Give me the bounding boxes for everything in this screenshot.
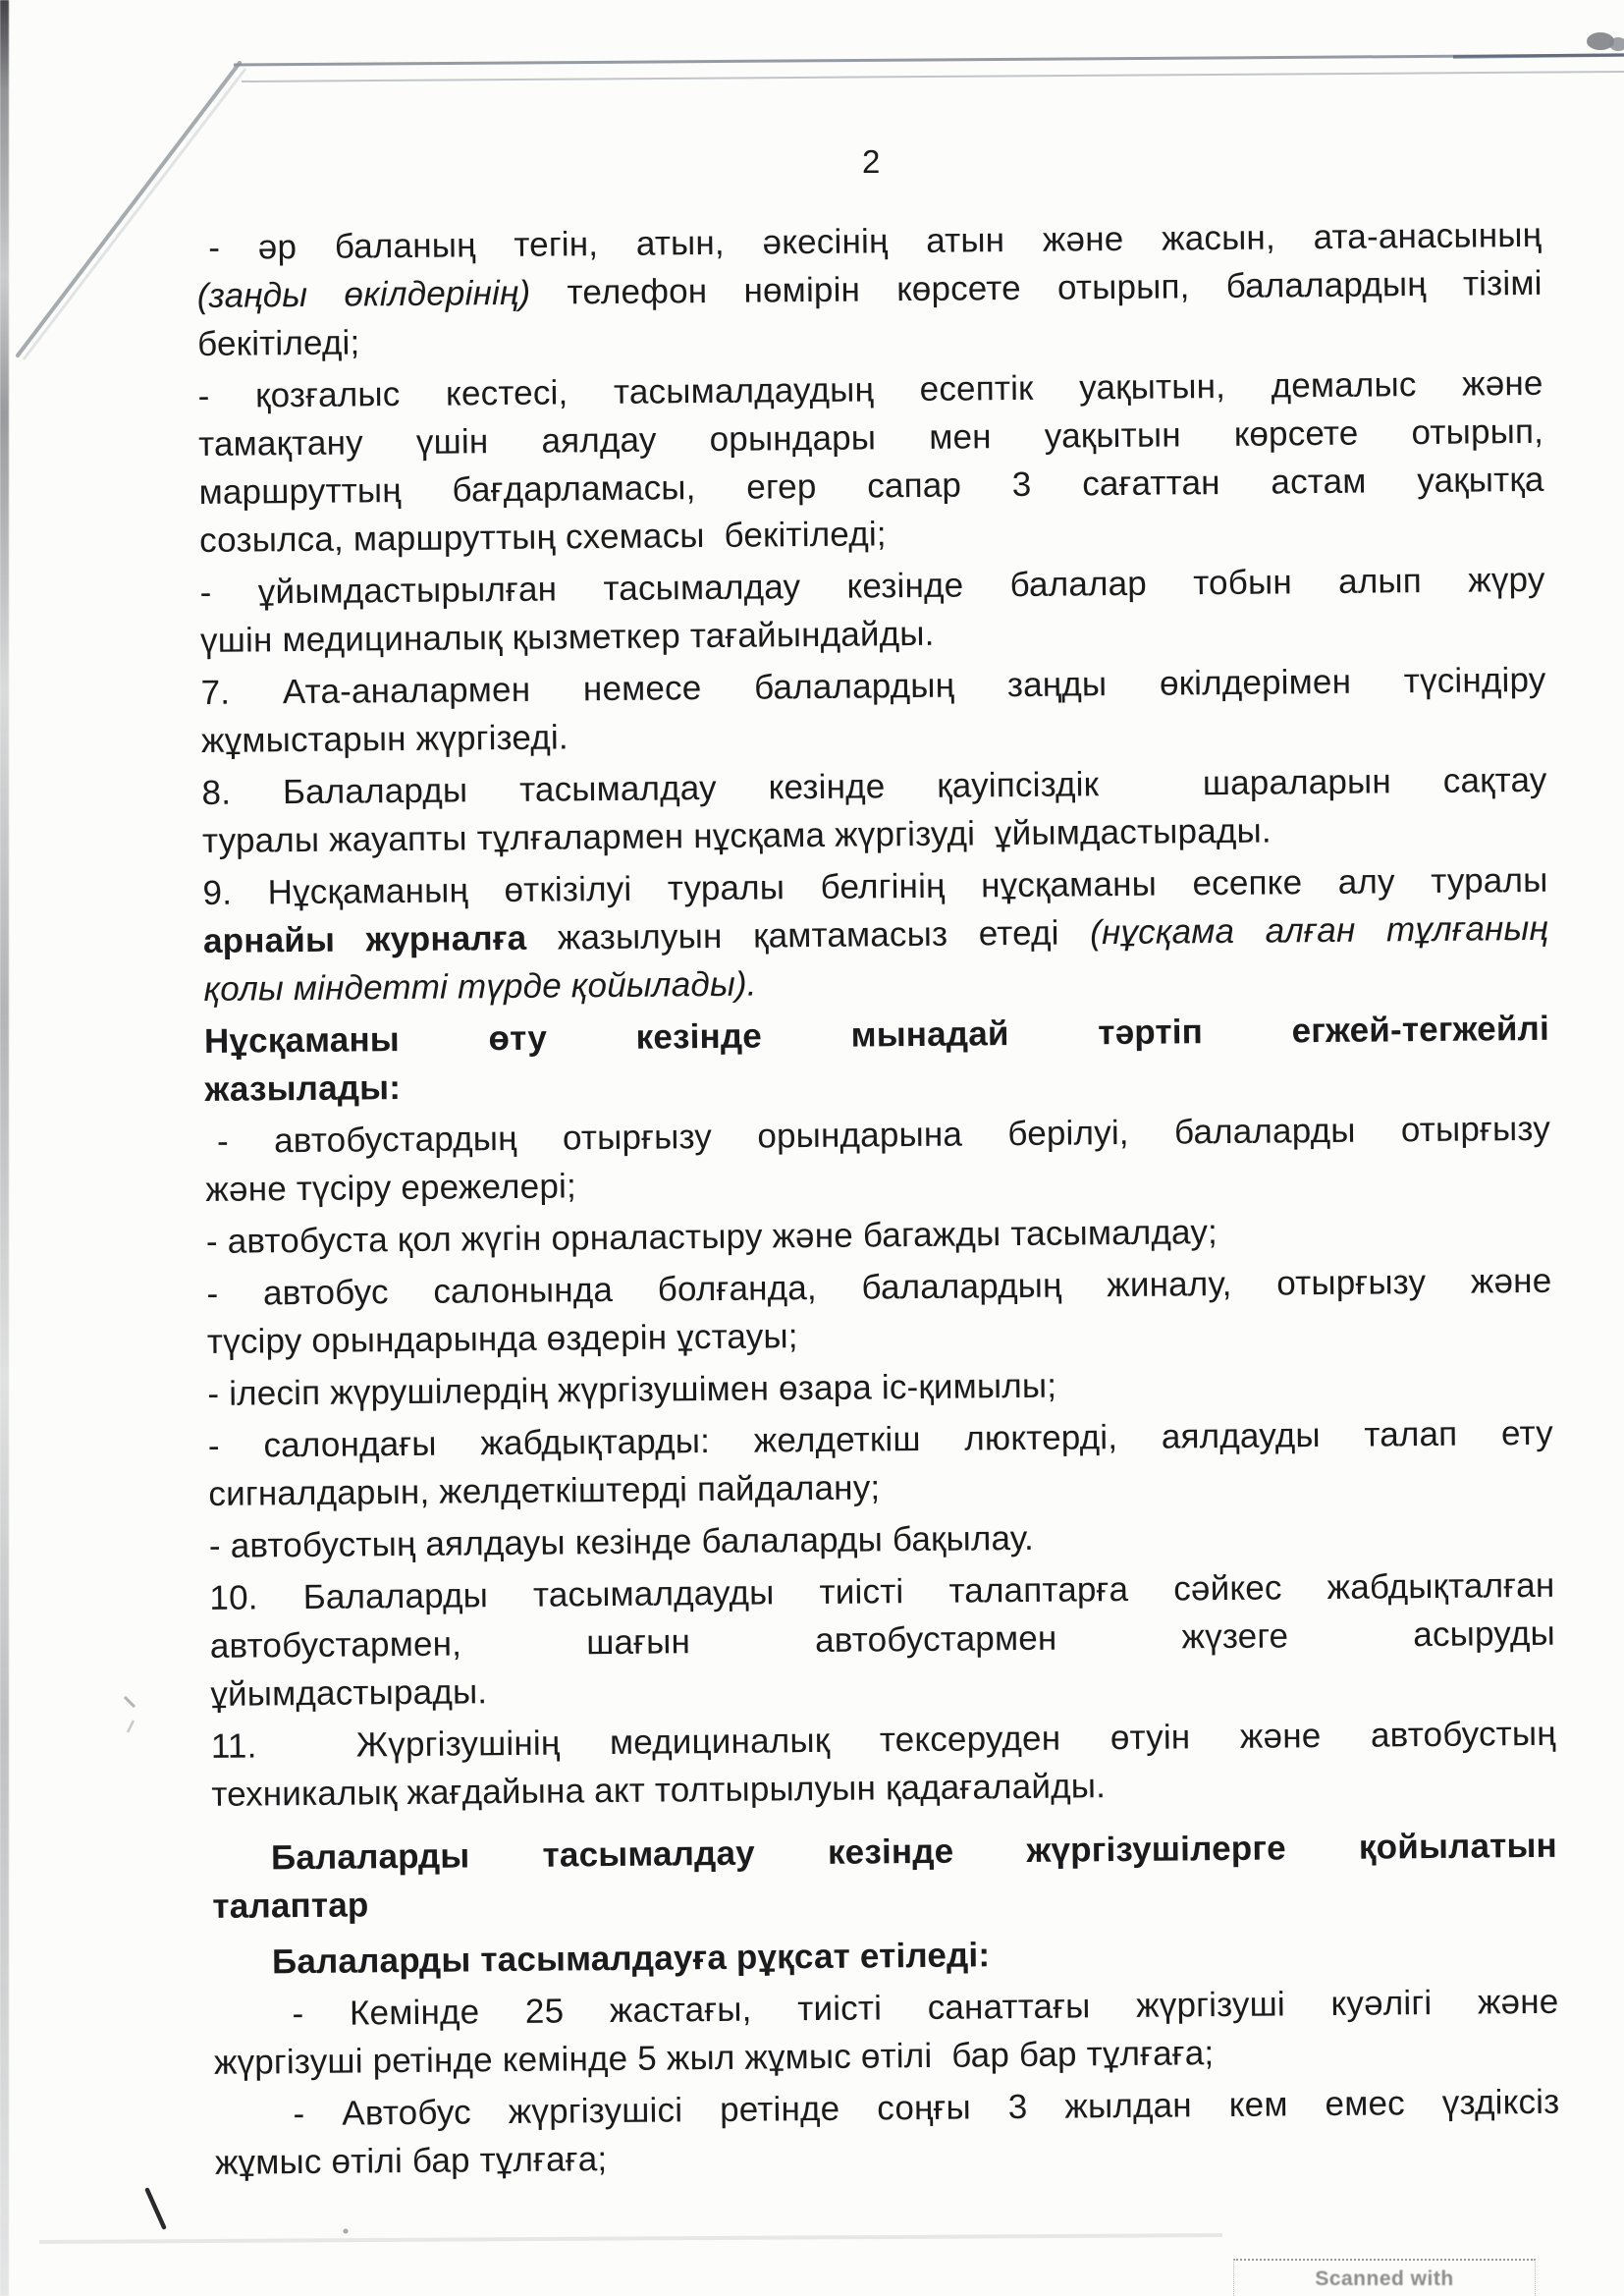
list-item-driver-continuous-experience: - Автобус жүргізушісі ретінде соңғы 3 жы… xyxy=(214,2078,1560,2187)
clause-9: 9. Нұсқаманың өткізілуі туралы белгінің … xyxy=(202,856,1548,1013)
scanner-watermark: Scanned with xyxy=(1233,2259,1536,2296)
list-item-medical-worker: - ұйымдастырылған тасымалдау кезінде бал… xyxy=(199,556,1545,665)
list-item-luggage: - автобуста қол жүгін орналастыру және б… xyxy=(206,1205,1551,1266)
subheading-transport-permitted: Балаларды тасымалдауға рұқсат етіледі: xyxy=(213,1926,1558,1987)
pen-tick xyxy=(147,2190,164,2227)
margin-speck-1 xyxy=(125,1697,135,1707)
list-item-route-schedule: - қозғалыс кестесі, тасымалдаудың есепті… xyxy=(197,359,1544,565)
document-body: - әр баланың тегін, атын, әкесінің атын … xyxy=(196,211,1560,2191)
list-item-child-roster: - әр баланың тегін, атын, әкесінің атын … xyxy=(196,211,1543,368)
list-item-cabin-conduct: - автобус салонында болғанда, балалардың… xyxy=(206,1257,1552,1366)
scan-smudge-2 xyxy=(1609,37,1624,51)
scanner-watermark-label: Scanned with xyxy=(1234,2268,1535,2291)
scan-line-top-light xyxy=(242,72,1624,82)
list-item-boarding-rules: - автобустардың отырғызу орындарына бері… xyxy=(205,1105,1551,1214)
page-number: 2 xyxy=(862,143,880,181)
scan-line-bottom xyxy=(39,2235,1222,2242)
scan-edge-shadow xyxy=(0,0,9,2296)
margin-speck-3 xyxy=(344,2229,349,2234)
clause-11: 11. Жүргізушінің медициналық тексеруден … xyxy=(211,1710,1557,1819)
scan-smudge xyxy=(1587,32,1614,50)
scanned-page: 2 - әр баланың тегін, атын, әкесінің аты… xyxy=(0,0,1624,2296)
section-heading-driver-requirements: Балаларды тасымалдау кезінде жүргізушіле… xyxy=(212,1822,1558,1931)
clause-10: 10. Балаларды тасымалдауды тиісті талапт… xyxy=(209,1561,1555,1719)
list-item-escort-interaction: - ілесіп жүрушілердің жүргізушімен өзара… xyxy=(207,1357,1552,1418)
scan-line-top-dark-right xyxy=(1453,55,1624,57)
list-item-stop-supervision: - автобустың аялдауы кезінде балаларды б… xyxy=(209,1509,1554,1570)
clause-8: 8. Балаларды тасымалдау кезінде қауіпсіз… xyxy=(201,756,1547,865)
margin-speck-2 xyxy=(128,1721,134,1732)
heading-instruction-order: Нұсқаманы өту кезінде мынадай тәртіп егж… xyxy=(204,1005,1550,1114)
clause-7: 7. Ата-аналармен немесе балалардың заңды… xyxy=(200,656,1546,765)
scan-line-top-dark xyxy=(234,55,1624,65)
list-item-driver-age-experience: - Кемінде 25 жастағы, тиісті санаттағы ж… xyxy=(213,1978,1559,2087)
list-item-cabin-equipment: - салондағы жабдықтарды: желдеткіш люкте… xyxy=(208,1409,1554,1518)
